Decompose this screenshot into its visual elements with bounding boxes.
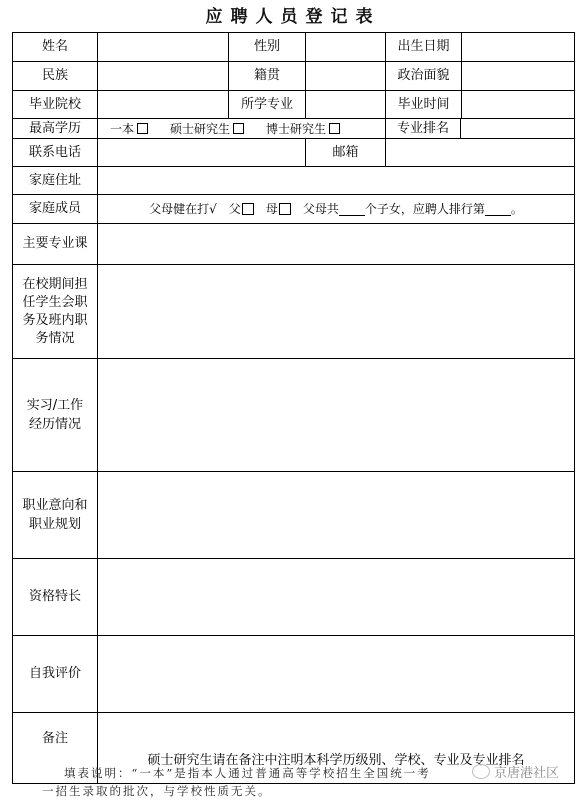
native-field[interactable] (305, 61, 386, 91)
footnote-line2: 一招生录取的批次，与学校性质无关。 (42, 783, 272, 799)
period-mark: 。 (511, 201, 523, 217)
checkbox-phd[interactable] (329, 123, 340, 134)
ethnic-label: 民族 (12, 61, 98, 91)
political-label: 政治面貌 (385, 61, 462, 91)
name-field[interactable] (97, 32, 229, 62)
family-label: 家庭成员 (12, 194, 98, 224)
mother-label: 母 (266, 201, 278, 217)
footnote-line1: 填表说明：“一本”是指本人通过普通高等学校招生全国统一考 (64, 765, 431, 781)
school-roles-field[interactable] (97, 264, 575, 359)
major-field[interactable] (305, 90, 386, 119)
school-roles-label: 在校期间担任学生会职务及班内职务情况 (12, 264, 98, 359)
school-label: 毕业院校 (12, 90, 98, 119)
father-label: 父 (229, 201, 241, 217)
major-label: 所学专业 (228, 90, 306, 119)
watermark-text: 京唐港社区 (494, 762, 559, 781)
checkbox-father[interactable] (242, 203, 254, 215)
option-phd-label: 博士研究生 (266, 122, 326, 136)
family-parents-alive-text: 父母健在打√ (149, 201, 217, 217)
native-label: 籍贯 (228, 61, 306, 91)
gender-field[interactable] (305, 32, 386, 62)
form-title: 应聘人员登记表 (0, 2, 586, 27)
grad-time-field[interactable] (461, 90, 575, 119)
email-field[interactable] (385, 138, 575, 167)
birth-order-prefix: 个子女，应聘人排行第 (365, 201, 485, 217)
courses-label: 主要专业课 (12, 223, 98, 265)
option-master-label: 硕士研究生 (170, 122, 230, 136)
option-master[interactable]: 硕士研究生 (170, 121, 244, 137)
grad-time-label: 毕业时间 (385, 90, 462, 119)
watermark: 京唐港社区 (472, 762, 559, 781)
checkbox-mother[interactable] (279, 203, 291, 215)
birth-field[interactable] (461, 32, 575, 62)
courses-field[interactable] (97, 223, 575, 265)
work-experience-field[interactable] (97, 358, 575, 472)
option-phd[interactable]: 博士研究生 (266, 121, 340, 137)
birth-order-blank[interactable] (485, 203, 511, 216)
political-field[interactable] (461, 61, 575, 91)
checkbox-yiben[interactable] (137, 123, 148, 134)
name-label: 姓名 (12, 32, 98, 62)
email-label: 邮箱 (305, 138, 386, 167)
address-field[interactable] (97, 166, 575, 195)
school-field[interactable] (97, 90, 229, 119)
career-plan-field[interactable] (97, 471, 575, 559)
checkbox-master[interactable] (233, 123, 244, 134)
gender-label: 性别 (228, 32, 306, 62)
children-count-prefix: 父母共 (303, 201, 339, 217)
career-plan-label: 职业意向和职业规划 (12, 471, 98, 559)
phone-field[interactable] (97, 138, 306, 167)
family-content: 父母健在打√ 父 母 父母共个子女，应聘人排行第。 (97, 194, 575, 224)
rank-label: 专业排名 (385, 118, 461, 139)
option-yiben-label: 一本 (110, 122, 134, 136)
wechat-logo-icon (472, 764, 490, 779)
skills-field[interactable] (97, 558, 575, 636)
education-options: 一本 硕士研究生 博士研究生 (97, 118, 386, 139)
self-eval-field[interactable] (97, 635, 575, 713)
ethnic-field[interactable] (97, 61, 229, 91)
birth-label: 出生日期 (385, 32, 462, 62)
children-count-blank[interactable] (339, 203, 365, 216)
self-eval-label: 自我评价 (12, 635, 98, 713)
phone-label: 联系电话 (12, 138, 98, 167)
rank-field[interactable] (460, 118, 575, 139)
address-label: 家庭住址 (12, 166, 98, 195)
option-yiben[interactable]: 一本 (110, 121, 148, 137)
skills-label: 资格特长 (12, 558, 98, 636)
work-experience-label: 实习/工作经历情况 (12, 358, 98, 472)
education-label: 最高学历 (12, 118, 98, 139)
